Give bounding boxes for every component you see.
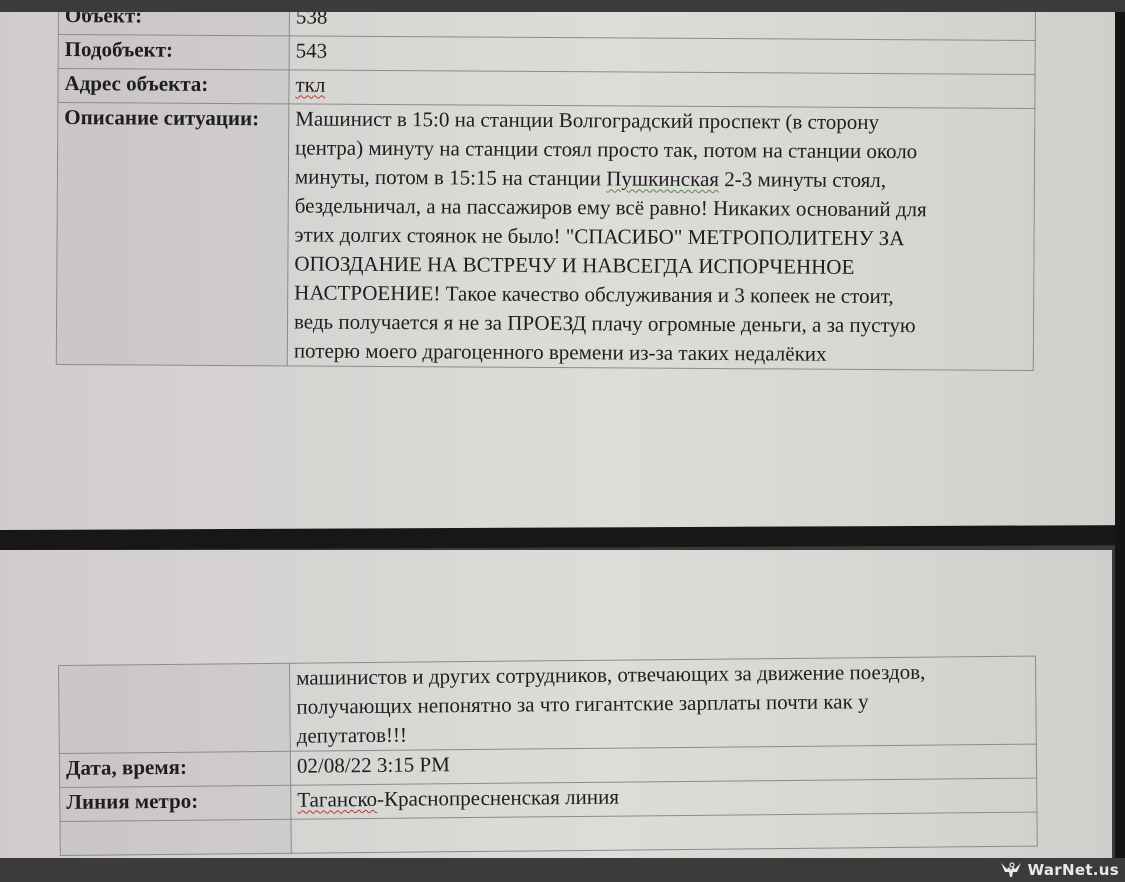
photo-top-border <box>0 0 1125 12</box>
field-label-object: Объект: <box>58 12 289 36</box>
field-label-address: Адрес объекта: <box>58 69 289 104</box>
field-label-metro-line: Линия метро: <box>60 785 291 821</box>
watermark-text: WarNet.us <box>1028 861 1119 879</box>
description-line-head: минуты, потом в 15:15 на станции <box>295 164 607 190</box>
page-separator <box>0 525 1125 550</box>
station-name-pushkinskaya: Пушкинская <box>606 166 719 191</box>
description-line: ОПОЗДАНИЕ НА ВСТРЕЧУ И НАВСЕГДА ИСПОРЧЕН… <box>294 249 1027 282</box>
form-row-description: Описание ситуации: Машинист в 15:0 на ст… <box>56 103 1035 371</box>
metro-line-first: Таганско <box>297 787 377 812</box>
field-value-address[interactable]: ткл <box>289 70 1035 109</box>
complaint-form-top: Объект: 538 Подобъект: 543 Адрес объекта… <box>56 12 1036 371</box>
description-line: Машинист в 15:0 на станции Волгоградский… <box>295 104 1028 137</box>
photo-bottom-border <box>0 858 1125 882</box>
form-row-description-continued: машинистов и других сотрудников, отвечаю… <box>59 656 1037 753</box>
field-value-description-continued[interactable]: машинистов и других сотрудников, отвечаю… <box>289 656 1036 751</box>
document-page-bottom: машинистов и других сотрудников, отвечаю… <box>0 550 1112 858</box>
address-text: ткл <box>295 72 325 96</box>
metro-line-rest: -Краснопресненская линия <box>377 785 619 811</box>
field-value-description[interactable]: Машинист в 15:0 на станции Волгоградский… <box>287 104 1035 371</box>
field-value-next[interactable] <box>291 812 1037 853</box>
description-line: потерю моего драгоценного времени из-за … <box>294 336 1027 369</box>
field-label-empty <box>59 663 291 753</box>
watermark: WarNet.us <box>1000 860 1119 880</box>
description-line: ведь получается я не за ПРОЕЗД плачу огр… <box>294 307 1027 340</box>
description-line: НАСТРОЕНИЕ! Такое качество обслуживания … <box>294 278 1027 311</box>
field-label-next <box>60 819 291 855</box>
field-value-subobject[interactable]: 543 <box>289 36 1035 75</box>
monitor-bezel-edge <box>1115 12 1125 858</box>
description-line: этих долгих стоянок не было! "СПАСИБО" М… <box>294 220 1027 253</box>
document-page-top: Объект: 538 Подобъект: 543 Адрес объекта… <box>0 12 1115 530</box>
description-line: минуты, потом в 15:15 на станции Пушкинс… <box>295 162 1028 195</box>
field-label-datetime: Дата, время: <box>59 751 290 787</box>
field-label-subobject: Подобъект: <box>58 35 289 70</box>
eagle-logo-icon <box>1000 861 1022 879</box>
field-label-description: Описание ситуации: <box>56 103 289 366</box>
description-line-tail: 2-3 минуты стоял, <box>719 167 886 192</box>
description-line: бездельничал, а на пассажиров ему всё ра… <box>295 191 1028 224</box>
complaint-form-bottom: машинистов и других сотрудников, отвечаю… <box>58 656 1038 856</box>
description-line: центра) минуту на станции стоял просто т… <box>295 133 1028 166</box>
